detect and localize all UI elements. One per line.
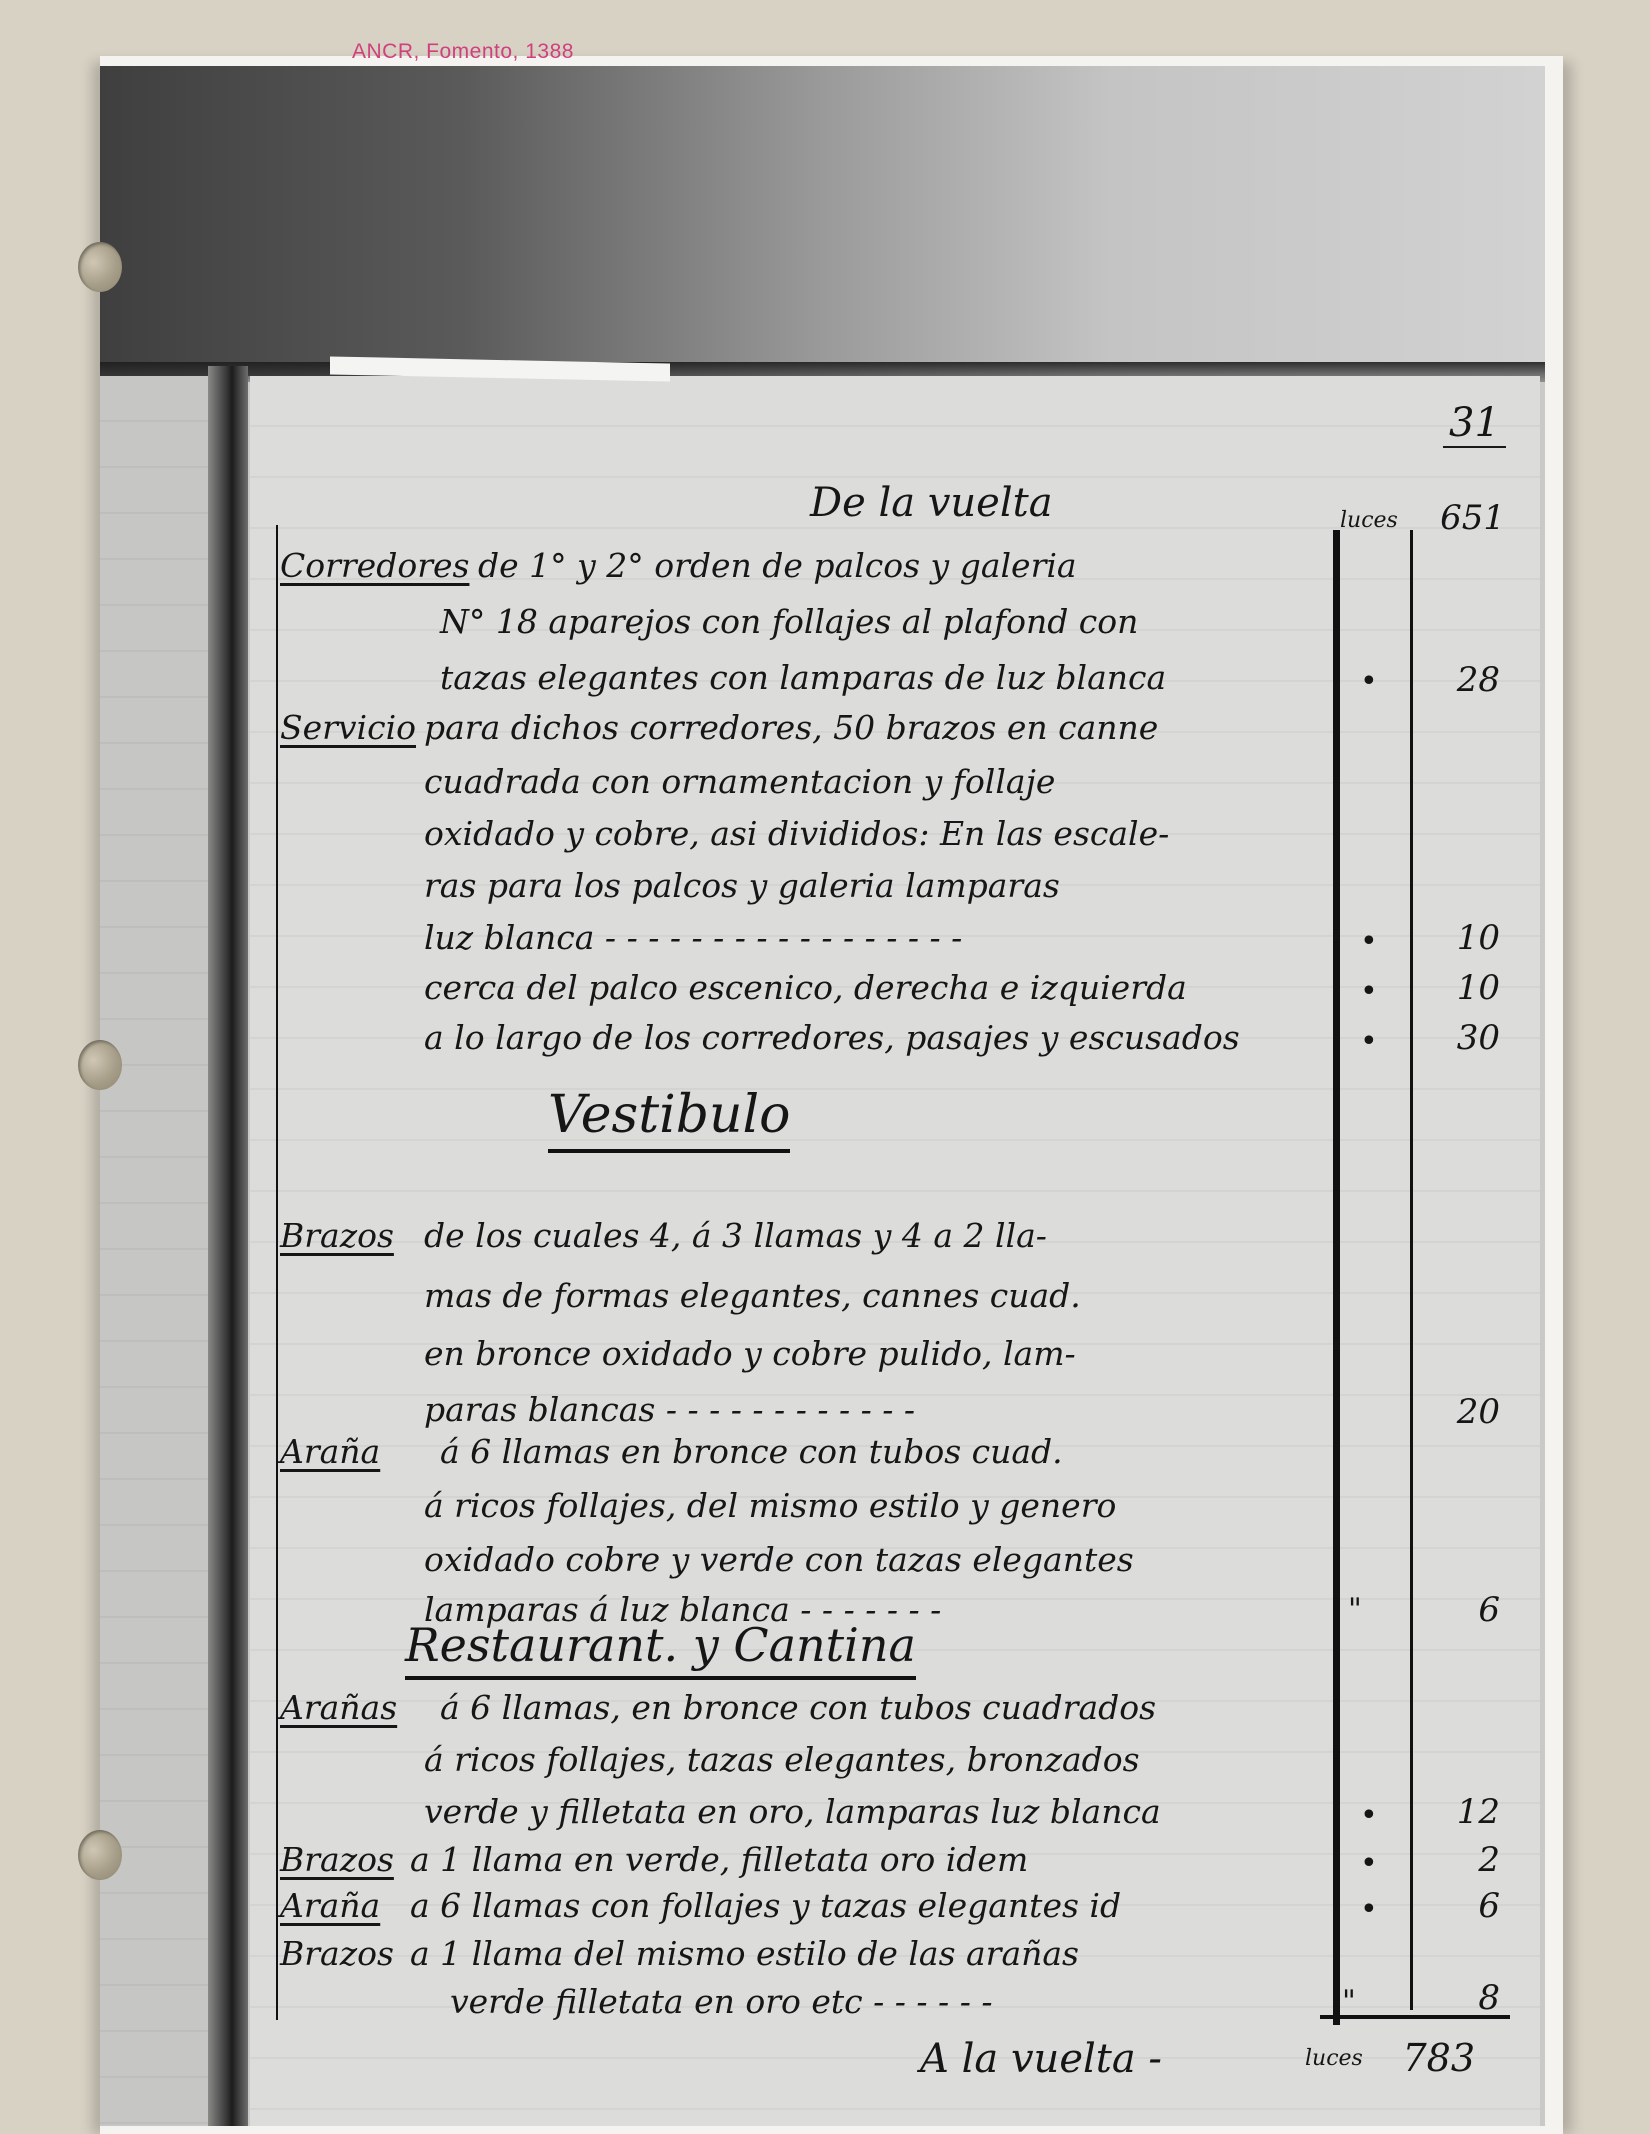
entry-key: Araña bbox=[280, 1432, 380, 1471]
entry-quantity: 30 bbox=[1420, 1018, 1500, 1058]
entry-line: oxidado y cobre, asi divididos: En las e… bbox=[424, 814, 1169, 853]
entry-key: Araña bbox=[280, 1886, 380, 1925]
entry-line: á 6 llamas en bronce con tubos cuad. bbox=[440, 1432, 1063, 1471]
dark-copy-margin bbox=[100, 66, 1545, 376]
entry-line: á ricos follajes, del mismo estilo y gen… bbox=[424, 1486, 1116, 1525]
entry-line: para dichos corredores, 50 brazos en can… bbox=[424, 708, 1158, 747]
carried-forward-value: 651 bbox=[1425, 498, 1505, 538]
carried-forward-unit: luces bbox=[1340, 508, 1398, 533]
entry-mark: • bbox=[1360, 1798, 1378, 1833]
entry-line: mas de formas elegantes, cannes cuad. bbox=[424, 1276, 1081, 1315]
entry-line: a 1 llama del mismo estilo de las arañas bbox=[410, 1934, 1079, 1973]
entry-quantity: 12 bbox=[1420, 1792, 1500, 1832]
entry-line: tazas elegantes con lamparas de luz blan… bbox=[440, 658, 1166, 697]
entry-line: a 1 llama en verde, filletata oro idem bbox=[410, 1840, 1028, 1879]
entry-mark: • bbox=[1360, 924, 1378, 959]
entry-line: paras blancas - - - - - - - - - - - - bbox=[424, 1390, 915, 1429]
entry-line: de los cuales 4, á 3 llamas y 4 a 2 lla- bbox=[424, 1216, 1047, 1255]
entry-quantity: 10 bbox=[1420, 918, 1500, 958]
entry-line: cuadrada con ornamentacion y follaje bbox=[424, 762, 1055, 801]
entry-line: a lo largo de los corredores, pasajes y … bbox=[424, 1018, 1240, 1057]
section-title-restaurant-cantina: Restaurant. y Cantina bbox=[405, 1618, 916, 1680]
page-number: 31 bbox=[1443, 400, 1506, 448]
entry-key: Brazos bbox=[280, 1840, 394, 1879]
punch-hole-middle bbox=[78, 1040, 122, 1090]
mark-column-rule bbox=[1333, 530, 1340, 2025]
entry-mark: • bbox=[1360, 1846, 1378, 1881]
entry-line: á ricos follajes, tazas elegantes, bronz… bbox=[424, 1740, 1140, 1779]
entry-quantity: 20 bbox=[1420, 1392, 1500, 1432]
punch-hole-top bbox=[78, 242, 122, 292]
book-spine bbox=[208, 366, 248, 2126]
entry-mark: • bbox=[1360, 664, 1378, 699]
section-title-vestibulo: Vestibulo bbox=[548, 1085, 790, 1153]
left-margin-rule bbox=[276, 525, 278, 2020]
carried-forward-label: De la vuelta bbox=[810, 480, 1053, 526]
entry-mark: • bbox=[1360, 1892, 1378, 1927]
entry-quantity: 6 bbox=[1420, 1886, 1500, 1926]
entry-key: Servicio bbox=[280, 708, 416, 747]
entry-quantity: 6 bbox=[1420, 1590, 1500, 1630]
entry-line: N° 18 aparejos con follajes al plafond c… bbox=[440, 602, 1138, 641]
punch-hole-bottom bbox=[78, 1830, 122, 1880]
archive-reference-label: ANCR, Fomento, 1388 bbox=[352, 40, 574, 64]
entry-line: oxidado cobre y verde con tazas elegante… bbox=[424, 1540, 1134, 1579]
entry-line: verde y filletata en oro, lamparas luz b… bbox=[424, 1792, 1161, 1831]
entry-line: luz blanca - - - - - - - - - - - - - - -… bbox=[424, 918, 962, 957]
entry-mark: • bbox=[1360, 974, 1378, 1009]
entry-key: Brazos bbox=[280, 1934, 394, 1973]
entry-line: ras para los palcos y galeria lamparas bbox=[424, 866, 1060, 905]
entry-quantity: 10 bbox=[1420, 968, 1500, 1008]
entry-quantity: 8 bbox=[1420, 1978, 1500, 2018]
entry-line: á 6 llamas, en bronce con tubos cuadrado… bbox=[440, 1688, 1156, 1727]
entry-quantity: 28 bbox=[1420, 660, 1500, 700]
entry-key: Brazos bbox=[280, 1216, 394, 1255]
entry-line: en bronce oxidado y cobre pulido, lam- bbox=[424, 1334, 1076, 1373]
entry-quantity: 2 bbox=[1420, 1840, 1500, 1880]
entry-line: de 1° y 2° orden de palcos y galeria bbox=[478, 546, 1077, 585]
carry-over-label: A la vuelta - bbox=[920, 2036, 1162, 2082]
entry-mark: " bbox=[1348, 1592, 1362, 1627]
entry-mark: " bbox=[1342, 1984, 1356, 2019]
entry-key: Arañas bbox=[280, 1688, 397, 1727]
quantity-column-rule bbox=[1410, 530, 1413, 2010]
entry-key: Corredores bbox=[280, 546, 469, 585]
carry-over-unit: luces bbox=[1305, 2046, 1363, 2071]
entry-line: verde filletata en oro etc - - - - - - bbox=[450, 1982, 993, 2021]
entry-mark: • bbox=[1360, 1024, 1378, 1059]
entry-line: a 6 llamas con follajes y tazas elegante… bbox=[410, 1886, 1121, 1925]
entry-line: cerca del palco escenico, derecha e izqu… bbox=[424, 968, 1187, 1007]
carry-over-total: 783 bbox=[1395, 2036, 1475, 2080]
